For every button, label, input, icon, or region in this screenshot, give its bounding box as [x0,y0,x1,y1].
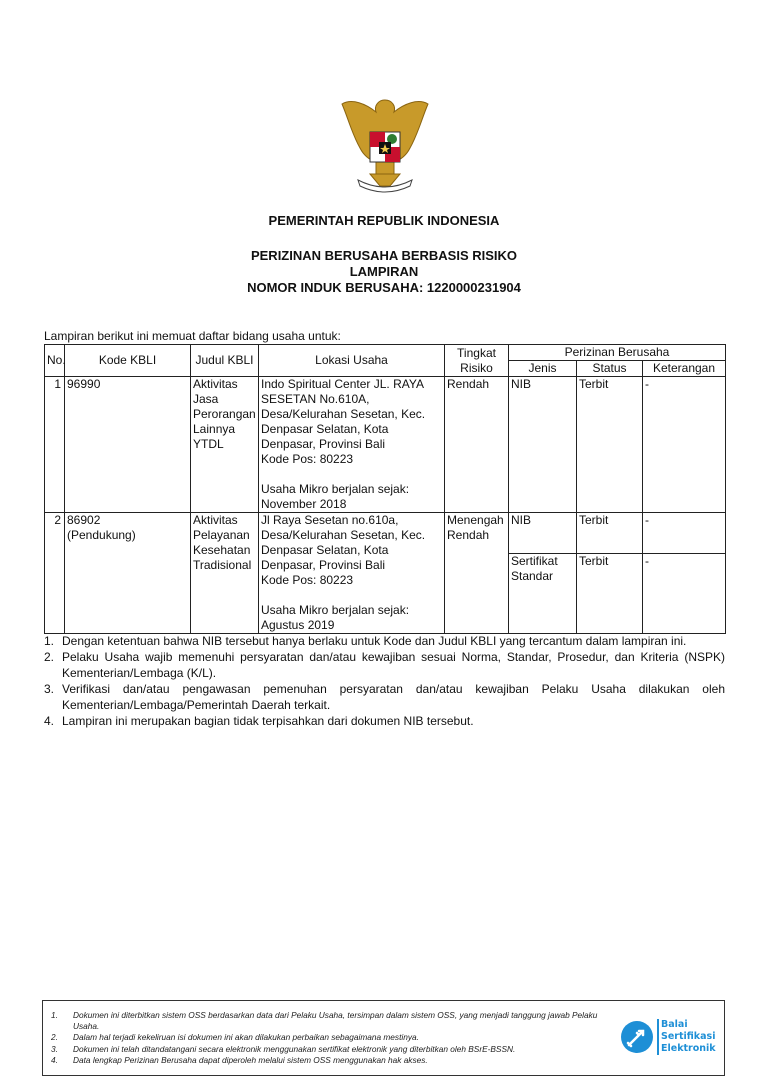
cell-judul-kbli: Aktivitas Jasa Perorangan Lainnya YTDL [191,377,259,513]
footer-item: 2.Dalam hal terjadi kekeliruan isi dokum… [51,1032,611,1043]
document-subtitle: LAMPIRAN [0,264,768,280]
header-kode-kbli: Kode KBLI [65,345,191,377]
footer-item: 4.Data lengkap Perizinan Berusaha dapat … [51,1055,611,1066]
key-icon [621,1021,653,1053]
cell-no: 1 [45,377,65,513]
cell-kode-kbli: 86902(Pendukung) [65,513,191,634]
footer-number: 4. [51,1055,73,1066]
cell-tingkat-risiko: Menengah Rendah [445,513,509,634]
note-text: Verifikasi dan/atau pengawasan pemenuhan… [62,681,725,713]
footer-text: Data lengkap Perizinan Berusaha dapat di… [73,1055,428,1066]
cell-jenis: Sertifikat Standar [509,554,577,634]
intro-text: Lampiran berikut ini memuat daftar bidan… [44,329,341,343]
note-item: 2.Pelaku Usaha wajib memenuhi persyarata… [44,649,725,681]
garuda-emblem-icon [330,90,440,200]
footer-number: 2. [51,1032,73,1043]
header-no: No. [45,345,65,377]
cell-tingkat-risiko: Rendah [445,377,509,513]
header-jenis: Jenis [509,361,577,377]
footer-list: 1.Dokumen ini diterbitkan sistem OSS ber… [51,1010,611,1066]
cell-keterangan: - [643,513,726,554]
footer-disclaimer: 1.Dokumen ini diterbitkan sistem OSS ber… [42,1000,725,1076]
government-title: PEMERINTAH REPUBLIK INDONESIA [0,213,768,229]
nib-number: NOMOR INDUK BERUSAHA: 1220000231904 [0,280,768,296]
cell-jenis: NIB [509,513,577,554]
cell-lokasi-usaha: Jl Raya Sesetan no.610a, Desa/Kelurahan … [259,513,445,634]
header-keterangan: Keterangan [643,361,726,377]
logo-text: Balai Sertifikasi Elektronik [661,1019,716,1055]
footer-number: 3. [51,1044,73,1055]
table-row: 196990Aktivitas Jasa Perorangan Lainnya … [45,377,726,513]
header-judul-kbli: Judul KBLI [191,345,259,377]
note-item: 4.Lampiran ini merupakan bagian tidak te… [44,713,725,729]
note-text: Lampiran ini merupakan bagian tidak terp… [62,713,725,729]
document-title: PERIZINAN BERUSAHA BERBASIS RISIKO [0,248,768,264]
note-item: 1.Dengan ketentuan bahwa NIB tersebut ha… [44,633,725,649]
cell-keterangan: - [643,377,726,513]
note-number: 4. [44,713,62,729]
header-tingkat-risiko: Tingkat Risiko [445,345,509,377]
cell-keterangan: - [643,554,726,634]
note-text: Pelaku Usaha wajib memenuhi persyaratan … [62,649,725,681]
cell-kode-kbli: 96990 [65,377,191,513]
footer-text: Dokumen ini telah ditandatangani secara … [73,1044,515,1055]
note-number: 3. [44,681,62,713]
note-number: 2. [44,649,62,681]
cell-jenis: NIB [509,377,577,513]
cell-status: Terbit [577,377,643,513]
cell-judul-kbli: Aktivitas Pelayanan Kesehatan Tradisiona… [191,513,259,634]
header-status: Status [577,361,643,377]
kbli-table: No. Kode KBLI Judul KBLI Lokasi Usaha Ti… [44,344,726,634]
note-text: Dengan ketentuan bahwa NIB tersebut hany… [62,633,725,649]
footer-item: 1.Dokumen ini diterbitkan sistem OSS ber… [51,1010,611,1032]
document-title-block: PERIZINAN BERUSAHA BERBASIS RISIKO LAMPI… [0,248,768,296]
header-lokasi-usaha: Lokasi Usaha [259,345,445,377]
cell-status: Terbit [577,554,643,634]
note-item: 3.Verifikasi dan/atau pengawasan pemenuh… [44,681,725,713]
cell-lokasi-usaha: Indo Spiritual Center JL. RAYA SESETAN N… [259,377,445,513]
header-perizinan-berusaha: Perizinan Berusaha [509,345,726,361]
note-number: 1. [44,633,62,649]
footer-item: 3.Dokumen ini telah ditandatangani secar… [51,1044,611,1055]
footer-text: Dokumen ini diterbitkan sistem OSS berda… [73,1010,611,1032]
footer-number: 1. [51,1010,73,1032]
logo-divider [657,1019,659,1055]
footer-text: Dalam hal terjadi kekeliruan isi dokumen… [73,1032,419,1043]
notes-list: 1.Dengan ketentuan bahwa NIB tersebut ha… [44,633,725,729]
bse-logo: Balai Sertifikasi Elektronik [617,1014,717,1058]
cell-no: 2 [45,513,65,634]
table-row: 286902(Pendukung)Aktivitas Pelayanan Kes… [45,513,726,554]
cell-status: Terbit [577,513,643,554]
